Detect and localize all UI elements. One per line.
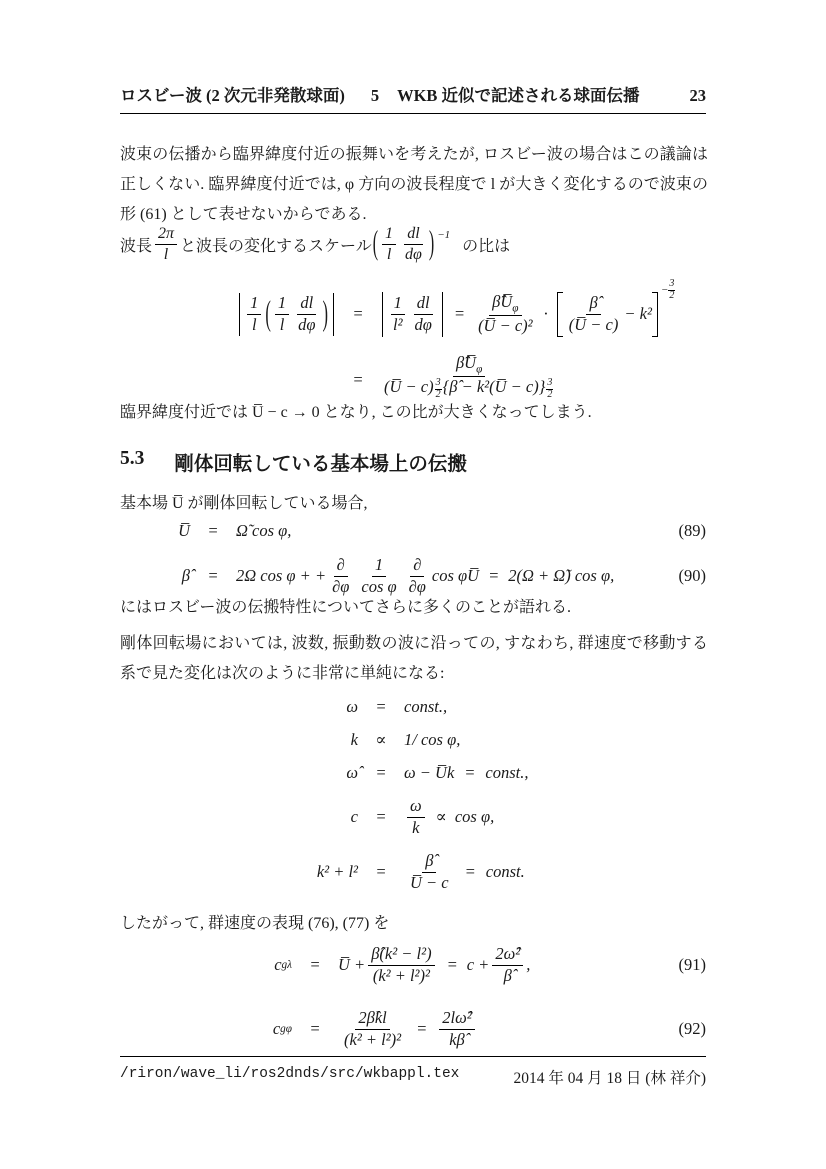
equals-sign: =	[207, 566, 218, 586]
frac-den: dφ	[402, 245, 425, 265]
frac-num: β̂(k² − l²)	[368, 944, 434, 966]
brace-term: {β̂ − k²(U̅ − c)}	[443, 377, 546, 398]
frac-num: 1	[247, 293, 261, 315]
frac-den: l	[384, 245, 394, 265]
frac-num: 2β̂kl	[355, 1008, 389, 1030]
frac-den: U̅ − c	[407, 873, 452, 894]
frac-num: 2lω̂²	[439, 1008, 474, 1030]
frac-num: β̂	[586, 293, 600, 315]
eq90-rhs: 2Ω cos φ + + ∂∂φ 1cos φ ∂∂φ cos φU̅ = 2(…	[236, 555, 679, 597]
comma: ,	[526, 955, 530, 975]
term-omega-minus-Uk: ω − U̅k	[404, 763, 454, 783]
equation-number-89: (89)	[679, 521, 707, 541]
fraction-1-l: 1l	[382, 224, 396, 265]
wavelength-scale-line: 波長 2πl と波長の変化するスケール ( 1l dldφ ) −1 の比は	[120, 224, 510, 265]
fraction-dl-dphi: dldφ	[412, 293, 435, 335]
equation-number-90: (90)	[679, 566, 707, 586]
frac-den: β̂	[501, 966, 515, 987]
paragraph-wave-packet: 波束の伝播から臨界緯度付近の振舞いを考えたが, ロスビー波の場合はこの議論は正し…	[120, 140, 708, 230]
fraction-1-l2: 1l²	[390, 293, 406, 335]
equation-number-91: (91)	[679, 955, 707, 975]
abs-bar-left	[382, 292, 383, 337]
eqc-r5-rhs: β̂U̅ − c = const.	[404, 851, 706, 893]
cdot-operator: ·	[544, 304, 548, 324]
mini-fraction: 32	[546, 378, 553, 400]
mini-num: 3	[546, 378, 553, 390]
frac-num: 2ω̂²	[492, 944, 523, 966]
paragraph-base-field: 基本場 U̅ が剛体回転している場合,	[120, 489, 708, 519]
page-footer: /riron/wave_li/ros2dnds/src/wkbappl.tex …	[120, 1056, 706, 1088]
minus-k-squared: − k²	[624, 304, 652, 324]
eq89-lhs: U̅	[178, 521, 190, 541]
fraction-2omega2-beta: 2ω̂²β̂	[492, 944, 523, 986]
fraction-2betakl: 2β̂kl(k² + l²)²	[341, 1008, 404, 1050]
bracket-right	[652, 292, 658, 337]
section-heading-title: 剛体回転している基本場上の伝搬	[174, 448, 467, 476]
fraction-2pi-l: 2πl	[155, 224, 177, 265]
frac-den: l	[277, 315, 288, 336]
equals-sign: =	[416, 1019, 427, 1039]
eqc-r4-lhs: c	[351, 807, 358, 827]
exponent-minus-3-2: −32	[661, 279, 675, 301]
equals-sign: =	[207, 521, 218, 541]
frac-num: 2π	[155, 224, 177, 245]
mini-fraction: 32	[435, 378, 442, 400]
exponent-3-2: 32	[435, 378, 442, 400]
equals-sign: =	[447, 955, 458, 975]
frac-num: β̂U̅φ	[453, 353, 485, 377]
frac-den: (U̅ − c)	[566, 315, 622, 336]
section-heading-number: 5.3	[120, 448, 144, 476]
frac-num: 1	[391, 293, 405, 315]
fraction-1-l: 1l	[275, 293, 289, 335]
eqc-r1-rhs: const.,	[404, 697, 706, 717]
frac-den: dφ	[295, 315, 318, 336]
frac-den: k	[409, 818, 422, 839]
frac-num: β̂U̅φ	[489, 292, 521, 316]
frac-num: 1	[382, 224, 396, 245]
eqc-r3-lhs: ω̂	[346, 763, 358, 783]
subscript-g-lambda: gλ	[282, 959, 292, 971]
frac-num: ∂	[410, 555, 424, 577]
fraction-1-cos: 1cos φ	[358, 555, 399, 597]
header-section-title: WKB 近似で記述される球面伝播	[397, 82, 639, 106]
proportional-sign: ∝	[375, 730, 386, 750]
fraction-dl-dphi: dldφ	[402, 224, 425, 265]
abs-bar-left	[239, 293, 240, 335]
fraction-beta-Umc: β̂U̅ − c	[407, 851, 452, 893]
eq89-rhs: Ω̃ cos φ,	[236, 521, 679, 541]
U-minus-c: (U̅ − c)	[384, 377, 434, 398]
fraction-2lomega2-kbeta: 2lω̂²kβ̂	[439, 1008, 474, 1050]
paragraph-rigid-rotation: 剛体回転場においては, 波数, 振動数の波に沿っての, すなわち, 群速度で移動…	[120, 629, 708, 689]
beta-hat-U-bar: β̂U̅	[456, 353, 476, 372]
abs-bar-right	[442, 292, 443, 337]
eqc-r2-lhs: k	[351, 730, 358, 750]
eqc-r3-rhs: ω − U̅k = const.,	[404, 763, 706, 783]
fraction-ddphi: ∂∂φ	[406, 555, 429, 597]
paragraph-propagation: にはロスビー波の伝搬特性についてさらに多くのことが語れる.	[120, 593, 708, 623]
paren-right: )	[323, 293, 329, 335]
frac-num: 1	[372, 555, 386, 577]
beta-hat-U-bar: β̂U̅	[492, 292, 512, 311]
proportional-sign: ∝	[436, 807, 447, 827]
text-scale: と波長の変化するスケール	[180, 233, 372, 256]
subscript-phi: φ	[512, 302, 518, 314]
eq92-lhs: cgφ	[273, 1019, 292, 1039]
footer-date-author: 2014 年 04 月 18 日 (林 祥介)	[514, 1066, 706, 1088]
equals-sign: =	[375, 807, 386, 827]
footer-file-path: /riron/wave_li/ros2dnds/src/wkbappl.tex	[120, 1066, 459, 1088]
eqc-r4-rhs: ωk ∝ cos φ,	[404, 796, 706, 838]
fraction-dl-dphi: dldφ	[295, 293, 318, 335]
eq91-rhs: U̅ + β̂(k² − l²)(k² + l²)² = c + 2ω̂²β̂ …	[338, 944, 679, 986]
term-cos-phi: cos φ,	[455, 807, 494, 827]
c-symbol: c	[273, 1019, 280, 1039]
term-cos-phi-U: cos φU̅	[432, 566, 479, 586]
equation-ratio: 1l ( 1l dldφ ) = 1l² dldφ = β̂U̅φ(U̅ − c…	[120, 292, 720, 407]
equals-sign: =	[465, 862, 476, 882]
equals-sign: =	[352, 370, 363, 390]
term-const: const.,	[485, 763, 528, 783]
eqc-r2-rhs: 1/ cos φ,	[404, 730, 706, 750]
mini-num: 3	[435, 378, 442, 390]
abs-bar-right	[333, 293, 334, 335]
equations-constants: ω = const., k ∝ 1/ cos φ, ω̂ = ω − U̅k =…	[120, 697, 706, 894]
paragraph-therefore: したがって, 群速度の表現 (76), (77) を	[120, 909, 708, 939]
term-const: const.	[486, 862, 525, 882]
equals-sign: =	[309, 1019, 320, 1039]
term-c-plus: c +	[467, 955, 490, 975]
c-symbol: c	[274, 955, 281, 975]
exponent-minus-1: −1	[437, 229, 450, 241]
paren-right: )	[429, 226, 434, 264]
eq91-lhs: cgλ	[274, 955, 292, 975]
fraction-beta-Umc: β̂(U̅ − c)	[566, 293, 622, 335]
equals-sign: =	[488, 566, 499, 586]
eq92-rhs: 2β̂kl(k² + l²)² = 2lω̂²kβ̂	[338, 1008, 679, 1050]
eq-ratio-rhs-1: 1l² dldφ = β̂U̅φ(U̅ − c)² · β̂(U̅ − c) −…	[378, 292, 720, 337]
document-page: ロスビー波 (2 次元非発散球面) 5 WKB 近似で記述される球面伝播 23 …	[0, 0, 826, 1169]
equals-sign: =	[309, 955, 320, 975]
term-2-omega-cos: 2Ω cos φ + +	[236, 566, 326, 586]
mini-num: 3	[668, 279, 675, 291]
equals-sign: =	[352, 304, 363, 324]
frac-num: dl	[297, 293, 316, 315]
frac-den: (U̅ − c)²	[475, 316, 536, 337]
equation-number-92: (92)	[679, 1019, 707, 1039]
mini-den: 2	[669, 291, 674, 302]
equals-sign: =	[375, 763, 386, 783]
paragraph-critical-latitude: 臨界緯度付近では U̅ − c → 0 となり, この比が大きくなってしまう.	[120, 398, 708, 428]
frac-den: kβ̂	[446, 1030, 468, 1051]
header-section-number: 5	[371, 86, 379, 106]
equals-sign: =	[454, 304, 465, 324]
fraction-ddphi: ∂∂φ	[329, 555, 352, 597]
exponent-3-2: 32	[546, 378, 553, 400]
fraction-1-l: 1l	[247, 293, 261, 335]
frac-num: dl	[414, 293, 433, 315]
frac-den: (k² + l²)²	[341, 1030, 404, 1051]
paren-left: (	[265, 293, 271, 335]
section-heading-5-3: 5.3 剛体回転している基本場上の伝搬	[120, 448, 467, 476]
term-result: 2(Ω + Ω̃) cos φ,	[508, 566, 614, 586]
text-wavelength: 波長	[120, 233, 152, 256]
header-left-title: ロスビー波 (2 次元非発散球面)	[120, 82, 345, 106]
frac-den: l	[249, 315, 260, 336]
page-number: 23	[690, 86, 707, 106]
equals-sign: =	[464, 763, 475, 783]
eq-ratio-lhs: 1l ( 1l dldφ )	[235, 293, 338, 335]
equals-sign: =	[375, 697, 386, 717]
fraction-betaU-phi: β̂U̅φ(U̅ − c)²	[475, 292, 536, 337]
frac-num: ω	[407, 796, 425, 818]
eqc-r5-lhs: k² + l²	[317, 862, 358, 882]
frac-den: l²	[390, 315, 406, 336]
equals-sign: =	[375, 862, 386, 882]
eq90-lhs: β̂	[182, 566, 190, 586]
equations-89-90: U̅ = Ω̃ cos φ, (89) β̂ = 2Ω cos φ + + ∂∂…	[120, 521, 706, 597]
frac-num: 1	[275, 293, 289, 315]
equations-91-92: cgλ = U̅ + β̂(k² − l²)(k² + l²)² = c + 2…	[120, 944, 706, 1051]
paren-left: (	[373, 226, 378, 264]
frac-den: (k² + l²)²	[370, 966, 433, 987]
minus: −	[661, 284, 668, 296]
frac-den: dφ	[412, 315, 435, 336]
frac-num: dl	[404, 224, 422, 245]
eqc-r1-lhs: ω	[346, 697, 358, 717]
frac-num: β̂	[422, 851, 436, 873]
page-header: ロスビー波 (2 次元非発散球面) 5 WKB 近似で記述される球面伝播 23	[120, 82, 706, 114]
text-ratio: の比は	[462, 233, 510, 256]
bracket-left	[557, 292, 563, 337]
subscript-phi: φ	[476, 363, 482, 375]
subscript-g-phi: gφ	[280, 1023, 292, 1035]
frac-den: l	[161, 245, 171, 265]
term-U-plus: U̅ +	[338, 955, 365, 975]
fraction-omega-k: ωk	[407, 796, 425, 838]
fraction-beta-k2-l2: β̂(k² − l²)(k² + l²)²	[368, 944, 434, 986]
mini-fraction: 32	[668, 279, 675, 301]
frac-num: ∂	[334, 555, 348, 577]
